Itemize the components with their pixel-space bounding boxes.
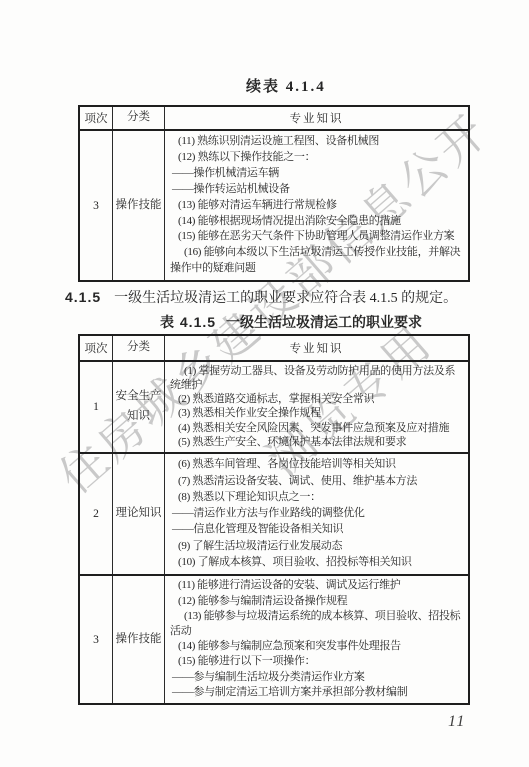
knowledge-line: (9) 了解生活垃圾清运行业发展动态 bbox=[170, 540, 468, 554]
knowledge-line: ——操作机械清运车辆 bbox=[170, 167, 468, 181]
knowledge-line: (14) 能够参与编制应急预案和突发事件处理报告 bbox=[170, 640, 468, 654]
row-index: 2 bbox=[80, 454, 113, 574]
col-header-category: 分类 bbox=[113, 336, 165, 360]
knowledge-cell: (1) 掌握劳动工器具、设备及劳动防护用品的使用方法及系统维护(2) 熟悉道路交… bbox=[165, 362, 468, 452]
knowledge-line: (11) 熟练识别清运设施工程图、设备机械图 bbox=[170, 135, 468, 149]
knowledge-line: ——信息化管理及智能设备相关知识 bbox=[170, 523, 468, 537]
section-paragraph: 4.1.5一级生活垃圾清运工的职业要求应符合表 4.1.5 的规定。 bbox=[65, 287, 475, 309]
knowledge-line: (15) 能够在恶劣天气条件下协助管理人员调整清运作业方案 bbox=[170, 230, 468, 244]
knowledge-line: ——操作转运站机械设备 bbox=[170, 183, 468, 197]
col-header-knowledge: 专业知识 bbox=[165, 107, 468, 129]
table-caption-number: 表 4.1.5 bbox=[160, 314, 216, 330]
table-4-1-4-continued: 项次 分类 专业知识 3 操作技能 (11) 熟练识别清运设施工程图、设备机械图… bbox=[78, 105, 470, 282]
knowledge-line: (12) 熟练以下操作技能之一： bbox=[170, 151, 468, 165]
row-index: 3 bbox=[80, 131, 113, 280]
knowledge-cell: (11) 能够进行清运设备的安装、调试及运行维护(12) 能够参与编制清运设备操… bbox=[165, 576, 468, 703]
row-index: 3 bbox=[80, 576, 113, 703]
knowledge-line: (7) 熟悉清运设备安装、调试、使用、维护基本方法 bbox=[170, 475, 468, 489]
col-header-item-no: 项次 bbox=[80, 336, 113, 360]
row-category: 安全生产 知识 bbox=[113, 362, 165, 452]
section-number: 4.1.5 bbox=[65, 289, 101, 305]
col-header-knowledge: 专业知识 bbox=[165, 336, 468, 360]
knowledge-line: (4) 熟悉相关安全风险因素、突发事件应急预案及应对措施 bbox=[170, 422, 468, 436]
knowledge-line: (8) 熟悉以下理论知识点之一： bbox=[170, 491, 468, 505]
table-header-row: 项次 分类 专业知识 bbox=[80, 336, 468, 362]
knowledge-line: (16) 能够向本级以下生活垃圾清运工传授作业技能，并解决 bbox=[170, 246, 468, 260]
knowledge-line: ——清运作业方法与作业路线的调整优化 bbox=[170, 507, 468, 521]
knowledge-line: (14) 能够根据现场情况提出消除安全隐患的措施 bbox=[170, 215, 468, 229]
knowledge-line: (5) 熟悉生产安全、环境保护基本法律法规和要求 bbox=[170, 436, 468, 450]
knowledge-line: (13) 能够对清运车辆进行常规检修 bbox=[170, 199, 468, 213]
table-header-row: 项次 分类 专业知识 bbox=[80, 107, 468, 131]
page-number: 11 bbox=[448, 713, 466, 731]
knowledge-line: 活动 bbox=[170, 625, 468, 639]
table-caption: 表 4.1.5一级生活垃圾清运工的职业要求 bbox=[160, 312, 422, 332]
knowledge-line: (6) 熟悉车间管理、各岗位技能培训等相关知识 bbox=[170, 458, 468, 472]
knowledge-line: (1) 掌握劳动工器具、设备及劳动防护用品的使用方法及系 bbox=[170, 365, 468, 379]
table-row: 3 操作技能 (11) 能够进行清运设备的安装、调试及运行维护(12) 能够参与… bbox=[80, 576, 468, 703]
knowledge-line: 操作中的疑难问题 bbox=[170, 262, 468, 276]
knowledge-line: (11) 能够进行清运设备的安装、调试及运行维护 bbox=[170, 579, 468, 593]
table-row: 2 理论知识 (6) 熟悉车间管理、各岗位技能培训等相关知识(7) 熟悉清运设备… bbox=[80, 454, 468, 576]
row-category: 操作技能 bbox=[113, 576, 165, 703]
knowledge-line: (13) 能够参与垃圾清运系统的成本核算、项目验收、招投标 bbox=[170, 610, 468, 624]
table-caption-title: 一级生活垃圾清运工的职业要求 bbox=[226, 314, 422, 330]
document-page: 住房城乡建设部信息公开 浏览专用 续表 4.1.4 项次 分类 专业知识 3 操… bbox=[0, 0, 529, 767]
knowledge-line: (12) 能够参与编制清运设备操作规程 bbox=[170, 595, 468, 609]
row-category: 操作技能 bbox=[113, 131, 165, 280]
knowledge-line: 统维护 bbox=[170, 379, 468, 393]
knowledge-line: ——参与制定清运工培训方案并承担部分教材编制 bbox=[170, 686, 468, 700]
knowledge-line: (2) 熟悉道路交通标志，掌握相关安全常识 bbox=[170, 393, 468, 407]
knowledge-line: (10) 了解成本核算、项目验收、招投标等相关知识 bbox=[170, 556, 468, 570]
knowledge-line: (3) 熟悉相关作业安全操作规程 bbox=[170, 407, 468, 421]
knowledge-cell: (6) 熟悉车间管理、各岗位技能培训等相关知识(7) 熟悉清运设备安装、调试、使… bbox=[165, 454, 468, 574]
col-header-item-no: 项次 bbox=[80, 107, 113, 129]
row-index: 1 bbox=[80, 362, 113, 452]
knowledge-line: (15) 能够进行以下一项操作： bbox=[170, 655, 468, 669]
knowledge-cell: (11) 熟练识别清运设施工程图、设备机械图(12) 熟练以下操作技能之一：——… bbox=[165, 131, 468, 280]
col-header-category: 分类 bbox=[113, 107, 165, 129]
knowledge-line: ——参与编制生活垃圾分类清运作业方案 bbox=[170, 671, 468, 685]
table-row: 1 安全生产 知识 (1) 掌握劳动工器具、设备及劳动防护用品的使用方法及系统维… bbox=[80, 362, 468, 454]
row-category: 理论知识 bbox=[113, 454, 165, 574]
continued-table-heading: 续表 4.1.4 bbox=[246, 75, 326, 96]
table-row: 3 操作技能 (11) 熟练识别清运设施工程图、设备机械图(12) 熟练以下操作… bbox=[80, 131, 468, 280]
section-text: 一级生活垃圾清运工的职业要求应符合表 4.1.5 的规定。 bbox=[114, 291, 457, 306]
table-4-1-5: 项次 分类 专业知识 1 安全生产 知识 (1) 掌握劳动工器具、设备及劳动防护… bbox=[78, 334, 470, 705]
